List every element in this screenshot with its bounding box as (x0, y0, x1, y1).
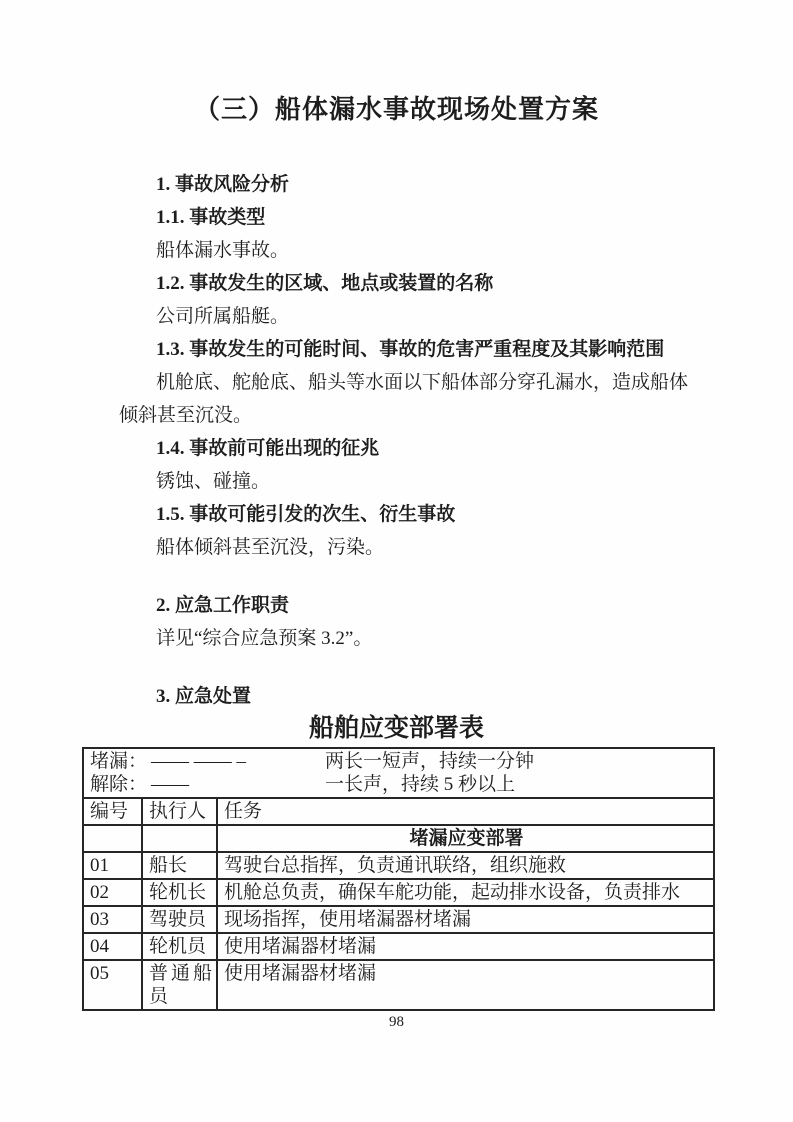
col-header-no: 编号 (83, 798, 142, 825)
table-row: 02 轮机长 机舱总负责，确保车舵功能，起动排水设备，负责排水 (83, 879, 714, 906)
cell-no: 02 (83, 879, 142, 906)
heading-1-1: 1.1. 事故类型 (119, 201, 689, 234)
cell-person: 普通船员 (142, 960, 217, 1010)
signal-dashes-release: —— (151, 773, 189, 796)
cell-person: 轮机员 (142, 933, 217, 960)
paragraph-1-2: 公司所属船艇。 (119, 300, 689, 333)
heading-1-3: 1.3. 事故发生的可能时间、事故的危害严重程度及其影响范围 (119, 333, 689, 366)
cell-no: 05 (83, 960, 142, 1010)
paragraph-1-1: 船体漏水事故。 (119, 234, 689, 267)
cell-no: 01 (83, 852, 142, 879)
cell-task: 使用堵漏器材堵漏 (217, 960, 714, 1010)
table-row: 03 驾驶员 现场指挥，使用堵漏器材堵漏 (83, 906, 714, 933)
heading-1: 1. 事故风险分析 (119, 168, 689, 201)
table-title: 船舶应变部署表 (0, 713, 793, 744)
signal-label-block: 堵漏： (90, 750, 147, 773)
cell-task: 现场指挥，使用堵漏器材堵漏 (217, 906, 714, 933)
document-body: 1. 事故风险分析 1.1. 事故类型 船体漏水事故。 1.2. 事故发生的区域… (119, 168, 689, 713)
table-section-row: 堵漏应变部署 (83, 825, 714, 852)
empty-cell (83, 825, 142, 852)
heading-1-4: 1.4. 事故前可能出现的征兆 (119, 432, 689, 465)
paragraph-2: 详见“综合应急预案 3.2”。 (119, 622, 689, 655)
paragraph-1-3: 机舱底、舵舱底、船头等水面以下船体部分穿孔漏水，造成船体倾斜甚至沉没。 (119, 366, 689, 432)
cell-person: 驾驶员 (142, 906, 217, 933)
table-row: 01 船长 驾驶台总指挥，负责通讯联络，组织施救 (83, 852, 714, 879)
cell-no: 04 (83, 933, 142, 960)
document-title: （三）船体漏水事故现场处置方案 (0, 0, 793, 128)
signal-label-release: 解除： (90, 773, 147, 796)
section-header-cell: 堵漏应变部署 (217, 825, 714, 852)
heading-1-5: 1.5. 事故可能引发的次生、衍生事故 (119, 498, 689, 531)
signal-desc-release: 一长声，持续 5 秒以上 (325, 773, 515, 796)
col-header-task: 任务 (217, 798, 714, 825)
heading-2: 2. 应急工作职责 (119, 589, 689, 622)
cell-task: 使用堵漏器材堵漏 (217, 933, 714, 960)
table-header-row: 编号 执行人 任务 (83, 798, 714, 825)
col-header-person: 执行人 (142, 798, 217, 825)
empty-cell (142, 825, 217, 852)
heading-3: 3. 应急处置 (119, 680, 689, 713)
signal-line-block: 堵漏：—— —— – 两长一短声，持续一分钟 (90, 750, 709, 773)
paragraph-1-4: 锈蚀、碰撞。 (119, 465, 689, 498)
table-row-signals: 堵漏：—— —— – 两长一短声，持续一分钟 解除：—— 一长声，持续 5 秒以… (83, 748, 714, 798)
cell-no: 03 (83, 906, 142, 933)
signal-desc-block: 两长一短声，持续一分钟 (325, 750, 534, 773)
page-number: 98 (0, 1014, 793, 1031)
signal-dashes-block: —— —— – (151, 750, 246, 773)
signal-line-release: 解除：—— 一长声，持续 5 秒以上 (90, 773, 709, 796)
document-page: （三）船体漏水事故现场处置方案 1. 事故风险分析 1.1. 事故类型 船体漏水… (0, 0, 793, 1122)
heading-1-2: 1.2. 事故发生的区域、地点或装置的名称 (119, 267, 689, 300)
cell-task: 机舱总负责，确保车舵功能，起动排水设备，负责排水 (217, 879, 714, 906)
table-row: 05 普通船员 使用堵漏器材堵漏 (83, 960, 714, 1010)
cell-person: 轮机长 (142, 879, 217, 906)
paragraph-1-5: 船体倾斜甚至沉没，污染。 (119, 531, 689, 564)
cell-task: 驾驶台总指挥，负责通讯联络，组织施救 (217, 852, 714, 879)
deployment-table: 堵漏：—— —— – 两长一短声，持续一分钟 解除：—— 一长声，持续 5 秒以… (82, 747, 715, 1011)
cell-person: 船长 (142, 852, 217, 879)
table-row: 04 轮机员 使用堵漏器材堵漏 (83, 933, 714, 960)
